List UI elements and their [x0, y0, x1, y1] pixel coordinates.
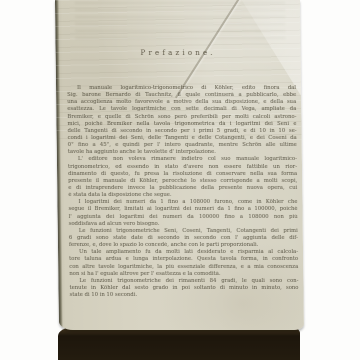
text-line: presente il manuale di Köhler, perocchè …: [68, 178, 297, 185]
text-line: tore taluna ardua e lunga interpolazione…: [69, 256, 298, 263]
text-line: l' aggiunta dei logaritmi dei numeri da …: [69, 214, 298, 221]
text-line: Sig. barone Bernardo di Tauchnitz, il qu…: [67, 92, 296, 99]
text-line: Il manuale logaritmico-trigonometrico di…: [67, 85, 296, 92]
text-line: dinamento di questo, fu presa la risoluz…: [68, 171, 297, 178]
photo-of-book-page: Prefazione. Il manuale logaritmico-trigo…: [0, 0, 360, 360]
text-line: trigonometrico, ed essendo in stato d'av…: [68, 164, 297, 171]
page-title: Prefazione.: [56, 49, 301, 57]
text-line: state di 10 in 10 secondi.: [70, 292, 299, 299]
book-page: Prefazione. Il manuale logaritmico-trigo…: [55, 0, 304, 330]
text-line: L' editore non voleva rimanere indietro …: [68, 156, 297, 163]
text-line: esattezza. Le tavole logaritmiche con se…: [67, 106, 296, 113]
text-line: I logaritmi dei numeri da 1 fino a 10800…: [68, 199, 297, 206]
text-line: condi i logaritmi dei Seni, delle Tangen…: [68, 135, 297, 142]
text-line: 0° fino a 45°, e quindi per l' intero qu…: [68, 142, 297, 149]
text-line: tavole ha aggiunto anche le tavolette d'…: [68, 149, 297, 156]
book-underside-shadow: [58, 327, 300, 360]
text-line: con altre tavole logaritmiche, la più es…: [69, 264, 298, 271]
text-line: Un tale ampliamento fu da molti lati des…: [69, 249, 298, 256]
text-line: tenute in Köhler dal sesto grado in poi …: [69, 285, 298, 292]
text-line: Le funzioni trigonometriche dei rimanent…: [69, 278, 298, 285]
text-line: Le funzioni trigonometriche Seni, Coseni…: [69, 228, 298, 235]
text-line: non si ha l' eguale altrove per l' esatt…: [69, 271, 298, 278]
text-line: Bremiker, e quelle di Schrön sono però p…: [67, 114, 296, 121]
text-line: segue il Bremiker, limitati ai logaritmi…: [69, 206, 298, 213]
text-line: mici, poichè Bremiker nella tavola trigo…: [67, 121, 296, 128]
text-line: soddisfava ad alcun vero bisogno.: [69, 221, 298, 228]
text-line: e di intraprendere invece la pubblicazio…: [68, 185, 297, 192]
folded-corner: [238, 0, 301, 96]
body-text: Il manuale logaritmico-trigonometrico di…: [67, 85, 299, 299]
text-line: ferenze, e, dove lo spazio lo concedè, a…: [69, 242, 298, 249]
text-line: delle Tangenti di secondo in secondo per…: [68, 128, 297, 135]
text-line: 6 gradi sono state date di secondo in se…: [69, 235, 298, 242]
text-line: è stata data la disposizione che segue.: [68, 192, 297, 199]
text-line: una accoglienza molto favorevole a motiv…: [67, 99, 296, 106]
reverse-side-text-bleedthrough: [75, 2, 286, 44]
